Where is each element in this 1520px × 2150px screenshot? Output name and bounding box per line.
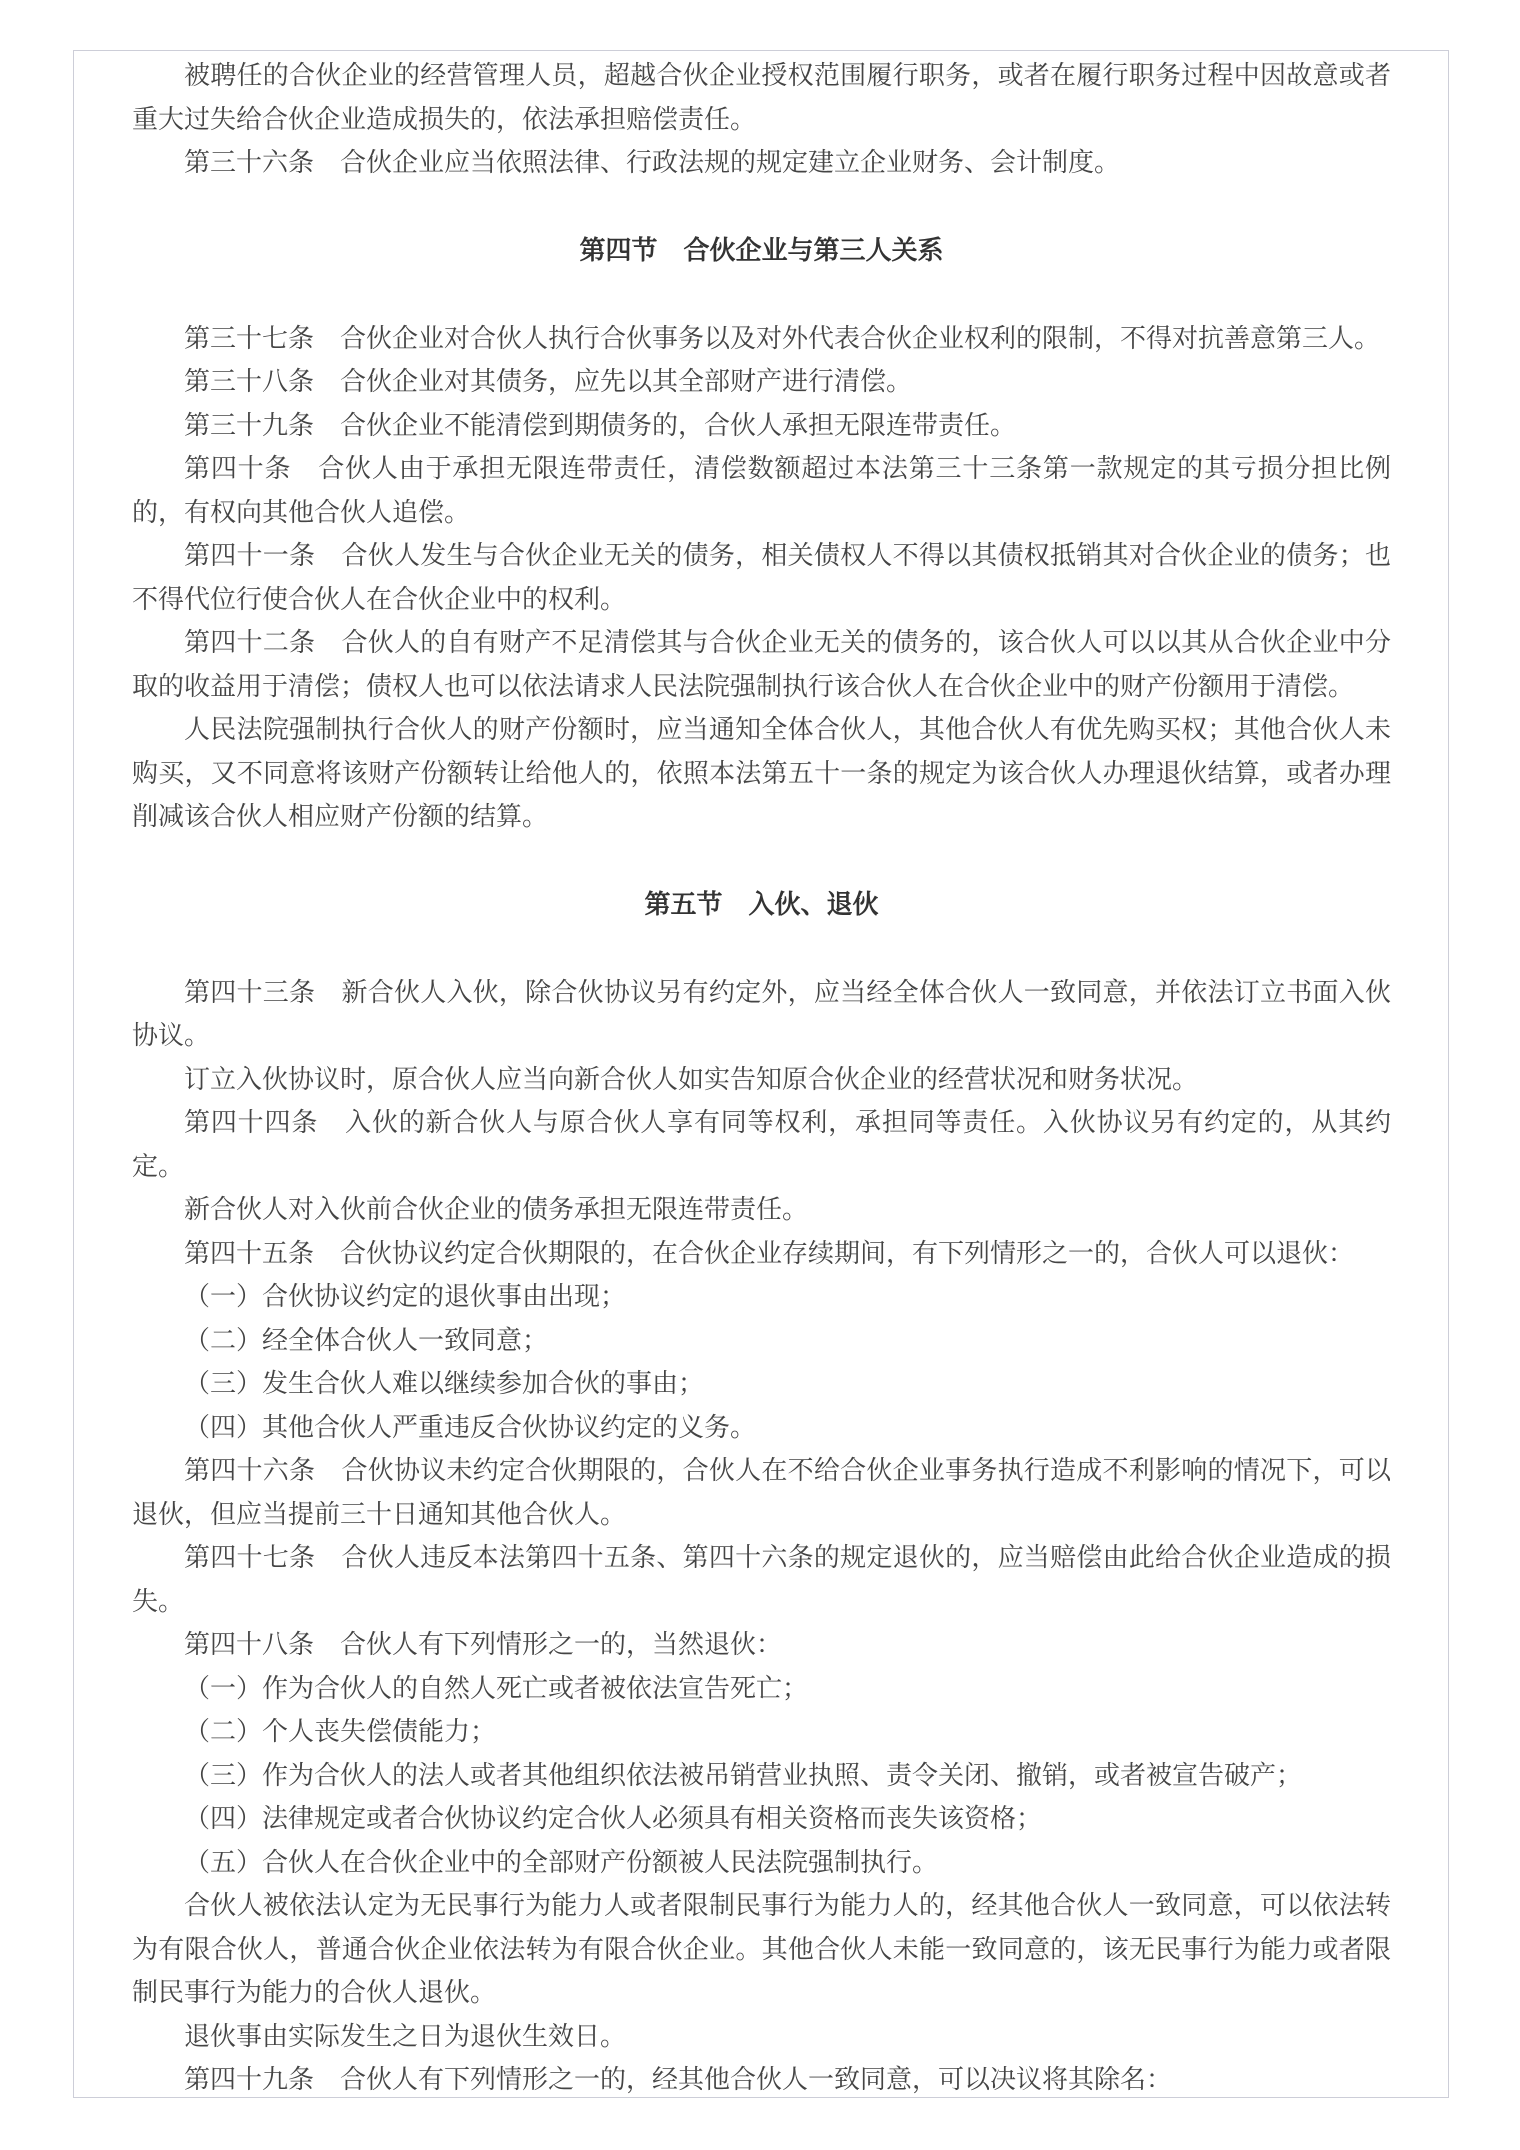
paragraph: （三）作为合伙人的法人或者其他组织依法被吊销营业执照、责令关闭、撤销，或者被宣告…: [132, 1754, 1391, 1798]
paragraph: （一）合伙协议约定的退伙事由出现；: [132, 1275, 1391, 1319]
paragraph: 订立入伙协议时，原合伙人应当向新合伙人如实告知原合伙企业的经营状况和财务状况。: [132, 1058, 1391, 1102]
paragraph: （五）合伙人在合伙企业中的全部财产份额被人民法院强制执行。: [132, 1841, 1391, 1885]
paragraph: 第三十八条 合伙企业对其债务，应先以其全部财产进行清偿。: [132, 360, 1391, 404]
paragraph: 合伙人被依法认定为无民事行为能力人或者限制民事行为能力人的，经其他合伙人一致同意…: [132, 1884, 1391, 2015]
paragraph: （一）作为合伙人的自然人死亡或者被依法宣告死亡；: [132, 1667, 1391, 1711]
paragraph: 第四十条 合伙人由于承担无限连带责任，清偿数额超过本法第三十三条第一款规定的其亏…: [132, 447, 1391, 534]
paragraph: 退伙事由实际发生之日为退伙生效日。: [132, 2015, 1391, 2059]
paragraph: 第四十一条 合伙人发生与合伙企业无关的债务，相关债权人不得以其债权抵销其对合伙企…: [132, 534, 1391, 621]
paragraph: 人民法院强制执行合伙人的财产份额时，应当通知全体合伙人，其他合伙人有优先购买权；…: [132, 708, 1391, 839]
paragraph: 第四十六条 合伙协议未约定合伙期限的，合伙人在不给合伙企业事务执行造成不利影响的…: [132, 1449, 1391, 1536]
paragraph: （三）发生合伙人难以继续参加合伙的事由；: [132, 1362, 1391, 1406]
section-heading: 第四节 合伙企业与第三人关系: [132, 229, 1391, 273]
paragraph: 第四十二条 合伙人的自有财产不足清偿其与合伙企业无关的债务的，该合伙人可以以其从…: [132, 621, 1391, 708]
document-page: 被聘任的合伙企业的经营管理人员，超越合伙企业授权范围履行职务，或者在履行职务过程…: [73, 50, 1449, 2098]
paragraph: 第四十三条 新合伙人入伙，除合伙协议另有约定外，应当经全体合伙人一致同意，并依法…: [132, 971, 1391, 1058]
section-heading: 第五节 入伙、退伙: [132, 883, 1391, 927]
paragraph: 第四十四条 入伙的新合伙人与原合伙人享有同等权利，承担同等责任。入伙协议另有约定…: [132, 1101, 1391, 1188]
paragraph: 第四十七条 合伙人违反本法第四十五条、第四十六条的规定退伙的，应当赔偿由此给合伙…: [132, 1536, 1391, 1623]
paragraph: 第三十九条 合伙企业不能清偿到期债务的，合伙人承担无限连带责任。: [132, 404, 1391, 448]
paragraph: （二）经全体合伙人一致同意；: [132, 1319, 1391, 1363]
paragraph: 被聘任的合伙企业的经营管理人员，超越合伙企业授权范围履行职务，或者在履行职务过程…: [132, 54, 1391, 141]
paragraph: 第四十八条 合伙人有下列情形之一的，当然退伙：: [132, 1623, 1391, 1667]
paragraph: （二）个人丧失偿债能力；: [132, 1710, 1391, 1754]
paragraph: 第三十七条 合伙企业对合伙人执行合伙事务以及对外代表合伙企业权利的限制，不得对抗…: [132, 317, 1391, 361]
paragraph: 第四十九条 合伙人有下列情形之一的，经其他合伙人一致同意，可以决议将其除名：: [132, 2058, 1391, 2102]
paragraph: 第四十五条 合伙协议约定合伙期限的，在合伙企业存续期间，有下列情形之一的，合伙人…: [132, 1232, 1391, 1276]
paragraph: （四）其他合伙人严重违反合伙协议约定的义务。: [132, 1406, 1391, 1450]
paragraph: 新合伙人对入伙前合伙企业的债务承担无限连带责任。: [132, 1188, 1391, 1232]
paragraph: 第三十六条 合伙企业应当依照法律、行政法规的规定建立企业财务、会计制度。: [132, 141, 1391, 185]
paragraph: （四）法律规定或者合伙协议约定合伙人必须具有相关资格而丧失该资格；: [132, 1797, 1391, 1841]
